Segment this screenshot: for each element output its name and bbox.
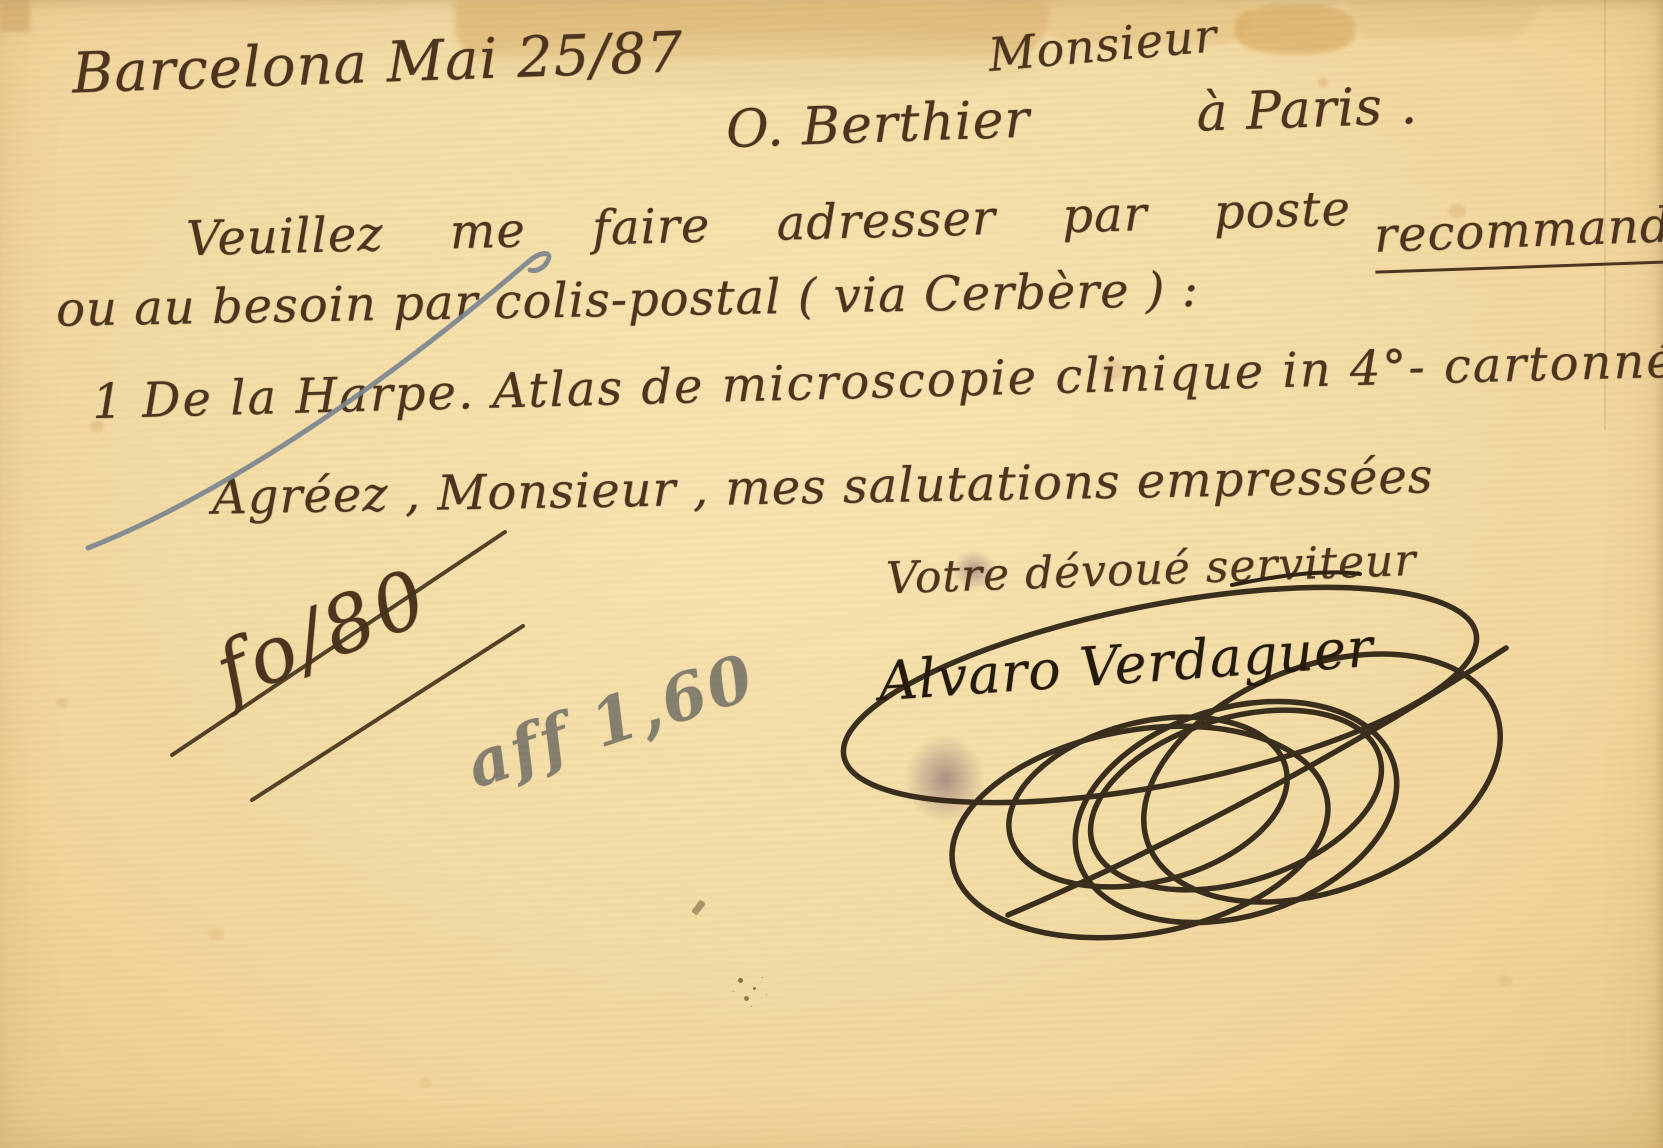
closing-line: Agréez , Monsieur , mes salutations empr…: [212, 454, 1313, 521]
corner-stain: [0, 0, 30, 32]
addressee-city: à Paris .: [1196, 80, 1419, 140]
foxing-spot: [1498, 975, 1512, 987]
dateline-text: Barcelona Mai 25/87: [71, 26, 673, 103]
tape-stain: [1235, 4, 1355, 54]
price-code-text: fo/80: [203, 552, 442, 718]
item-line-text: 1 De la Harpe. Atlas de microscopie clin…: [92, 338, 1633, 426]
addressee-name: O. Berthier: [725, 93, 1031, 156]
body-line-1: Veuillez me faire adresser par poste: [186, 185, 1352, 263]
ink-speck: [691, 899, 706, 915]
body-line-1-text: Veuillez me faire adresser par poste: [186, 185, 1352, 263]
postage-pencil-text: aff 1,60: [458, 640, 765, 804]
foxing-spot: [56, 698, 68, 708]
body-line-1-emphasis: recommandé: [1373, 200, 1663, 259]
dateline: Barcelona Mai 25/87: [71, 26, 673, 103]
recommande-underlined: recommandé: [1373, 196, 1663, 273]
price-code-ink: fo/80: [205, 557, 439, 712]
signature-name: Alvaro Verdaguer: [876, 616, 1375, 713]
salutation: Monsieur: [986, 12, 1219, 78]
valediction-text: Votre dévoué serviteur: [885, 543, 1306, 602]
body-line-2-text: ou au besoin par colis-postal ( via Cerb…: [56, 266, 1172, 333]
body-line-2: ou au besoin par colis-postal ( via Cerb…: [56, 266, 1172, 333]
postage-pencil-note: aff 1,60: [459, 645, 763, 798]
signature: Alvaro Verdaguer: [877, 621, 1376, 709]
closing-line-text: Agréez , Monsieur , mes salutations empr…: [212, 454, 1313, 521]
item-line: 1 De la Harpe. Atlas de microscopie clin…: [92, 338, 1633, 426]
valediction-line: Votre dévoué serviteur: [885, 543, 1306, 602]
addressee-line: O. Berthier à Paris .: [725, 80, 1418, 156]
foxing-spot: [420, 1078, 432, 1088]
tape-stain: [1348, 0, 1538, 38]
signature-flourish: [827, 545, 1536, 965]
postcard-scan: Barcelona Mai 25/87 Monsieur O. Berthier…: [0, 0, 1663, 1148]
salutation-text: Monsieur: [986, 8, 1219, 82]
ink-speck-cluster: [738, 978, 743, 983]
ink-blot: [905, 735, 985, 823]
foxing-spot: [208, 928, 224, 940]
